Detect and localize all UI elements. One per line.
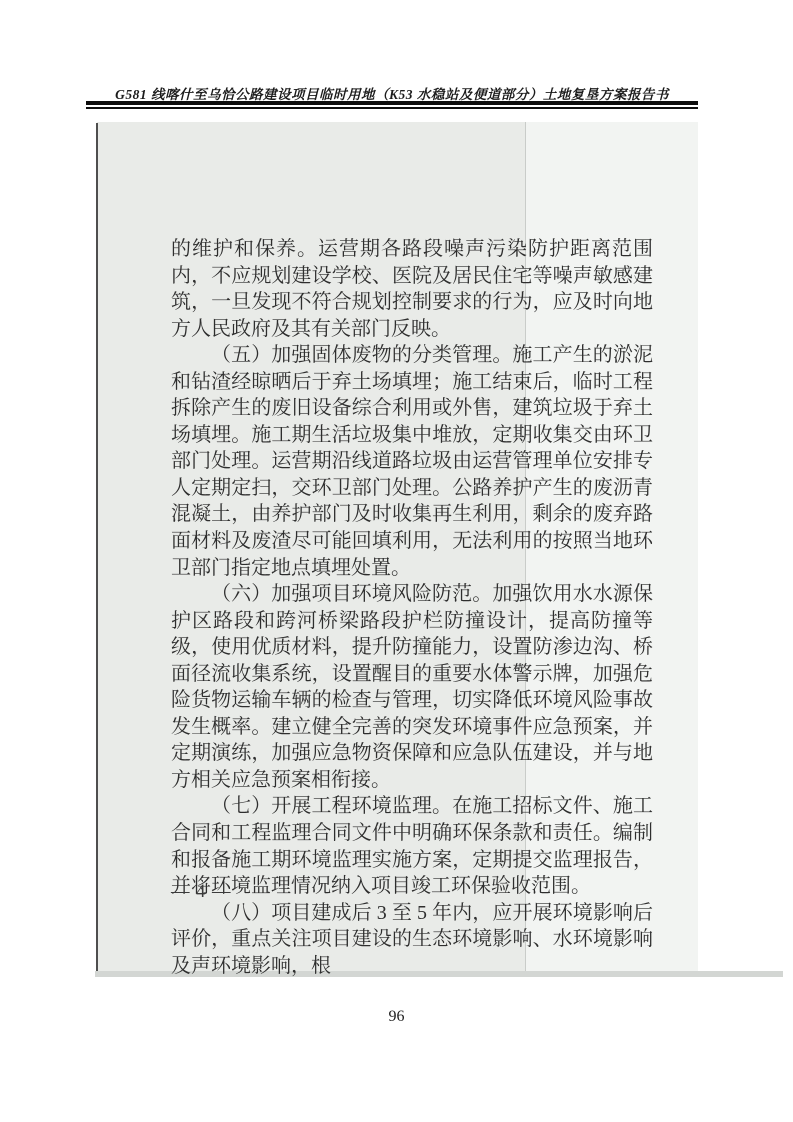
paragraph: （七）开展工程环境监理。在施工招标文件、施工合同和工程监理合同文件中明确环保条款… (171, 793, 653, 899)
scanned-page-region: 的维护和保养。运营期各路段噪声污染防护距离范围内，不应规划建设学校、医院及居民住… (97, 122, 698, 973)
body-text-block: 的维护和保养。运营期各路段噪声污染防护距离范围内，不应规划建设学校、医院及居民住… (171, 236, 653, 979)
inner-page-number: — 4 — (171, 882, 232, 903)
document-page: G581 线喀什至乌恰公路建设项目临时用地（K53 水稳站及便道部分）土地复垦方… (0, 0, 793, 1122)
paragraph: 的维护和保养。运营期各路段噪声污染防护距离范围内，不应规划建设学校、医院及居民住… (171, 236, 653, 342)
page-number: 96 (0, 1008, 793, 1026)
scan-left-edge-line (96, 123, 98, 972)
paragraph: （六）加强项目环境风险防范。加强饮用水水源保护区路段和跨河桥梁路段护栏防撞设计，… (171, 581, 653, 793)
running-head-title: G581 线喀什至乌恰公路建设项目临时用地（K53 水稳站及便道部分）土地复垦方… (86, 83, 698, 103)
paragraph: （八）项目建成后 3 至 5 年内，应开展环境影响后评价，重点关注项目建设的生态… (171, 900, 653, 980)
header-rule (86, 101, 698, 109)
paragraph: （五）加强固体废物的分类管理。施工产生的淤泥和钻渣经晾晒后于弃土场填埋；施工结束… (171, 342, 653, 581)
